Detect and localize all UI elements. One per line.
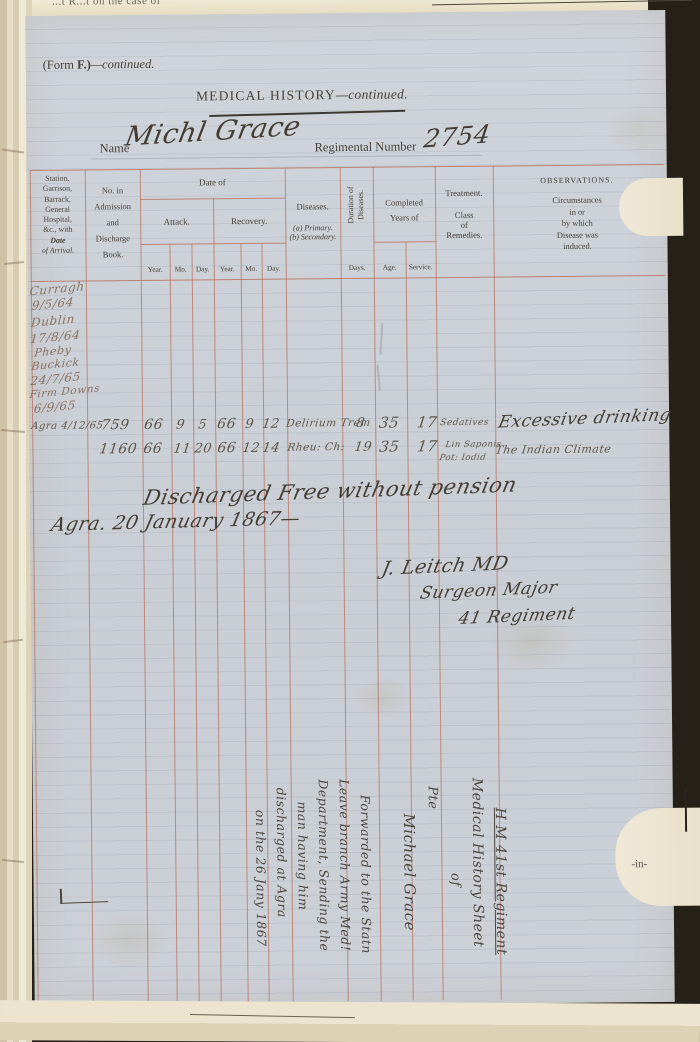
page-title-main: MEDICAL HISTORY (196, 87, 336, 103)
duration-column-header: Duration of Diseases. (346, 170, 367, 240)
row2-attack-mo: 11 (172, 442, 192, 457)
row2-no: 1160 (98, 441, 138, 457)
page-title-continued: —continued. (336, 86, 408, 102)
row2-disease: Rheu: Ch: (287, 441, 346, 454)
column-rule (169, 244, 177, 1003)
station-entry: Dublin (30, 312, 75, 330)
docket-line: on the 26 Jany 1867 (250, 780, 273, 1030)
date-of-header: Date of (140, 177, 285, 188)
underlying-rule-line (432, 0, 692, 5)
year-subheader: Year. (214, 264, 241, 273)
docket-line: Pte (420, 768, 444, 1018)
hdr-line: induced. (493, 240, 661, 253)
name-value-handwriting: Michl Grace (123, 111, 304, 153)
hdr-line: Diseases. (356, 170, 367, 240)
treatment-column-header: Treatment. Class of Remedies. (435, 188, 493, 241)
form-letter: F.) (77, 57, 91, 71)
underlying-printed-fragment: ...t R...t on the case of (52, 0, 161, 8)
scanned-document: { "surround": { "top_fragment": "...t R.… (0, 0, 700, 1042)
discharge-note-line1: Discharged Free without pension (141, 473, 519, 510)
stack-edge-break (2, 859, 24, 863)
stack-edge-break (4, 261, 24, 265)
stack-edge-break (1, 429, 25, 433)
row2-attack-year: 66 (142, 441, 163, 457)
docket-line: Forwarded to the Statn (355, 779, 378, 1029)
row2-attack-day: 20 (193, 441, 213, 456)
recovery-header: Recovery. (213, 216, 285, 227)
mo-subheader: Mo. (241, 264, 262, 273)
row2-treatment-line1: Lin Saponis (445, 440, 502, 451)
hdr-line: Class (435, 210, 493, 221)
row2-recovery-day: 14 (261, 441, 281, 456)
form-number-line: (Form F.)—continued. (43, 57, 155, 73)
row2-treatment-line2: Pot: Iodid (439, 453, 487, 463)
docket-line: Medical History Sheet (464, 768, 489, 1018)
hdr-line: Completed (373, 195, 435, 211)
column-rule (240, 243, 248, 1002)
docket-line: discharged at Agra (271, 780, 294, 1030)
service-subheader: Service. (406, 262, 436, 271)
docket-forwarding-note: Forwarded to the Statn Leave branch Army… (250, 779, 378, 1030)
column-rule (191, 244, 199, 1003)
hdr-line: of (435, 220, 493, 231)
form-continued: —continued. (91, 57, 155, 72)
hdr-line: Admission (85, 198, 140, 215)
page-title: MEDICAL HISTORY—continued. (196, 86, 408, 104)
admission-column-header: No. in Admission and Discharge Book. (85, 182, 141, 263)
hdr-line: Remedies. (435, 230, 493, 241)
column-rule (213, 198, 222, 1002)
days-subheader: Days. (341, 263, 374, 272)
row1-observation: Excessive drinking (496, 405, 673, 433)
completed-years-header: Completed Years of (373, 195, 435, 226)
hdr-line: Years of (373, 210, 435, 226)
row1-station: Agra 4/12/65 (30, 420, 104, 432)
hdr-line: Date (30, 235, 85, 246)
row2-recovery-year: 66 (216, 440, 237, 456)
hdr-line: Hospital, (30, 215, 85, 226)
hdr-line: Garrison, (30, 184, 85, 195)
station-entry: 6/9/65 (33, 398, 76, 416)
ink-bleed-mark (376, 365, 381, 391)
hdr-line: General (30, 204, 85, 215)
hdr-line: No. in (85, 182, 140, 199)
mo-subheader: Mo. (170, 265, 192, 274)
age-subheader: Age. (374, 262, 406, 271)
year-subheader: Year. (141, 265, 170, 274)
row1-attack-mo: 9 (175, 418, 186, 433)
regimental-number-label: Regimental Number (314, 139, 416, 155)
bottom-edge-line (190, 1014, 355, 1018)
row1-no: 759 (100, 417, 130, 433)
hdr-line: of Arrival. (30, 246, 85, 257)
day-subheader: Day. (262, 264, 286, 273)
hdr-line: Station, (30, 174, 85, 185)
form-label: (Form (43, 58, 74, 72)
row1-attack-year: 66 (143, 417, 164, 433)
underlying-page-bottom-edge (0, 1000, 700, 1042)
hdr-line: Discharge (85, 230, 140, 247)
docket-line: Michael Grace (396, 768, 422, 1018)
form-page: (Form F.)—continued. MEDICAL HISTORY—con… (25, 10, 674, 1008)
row2-observation: The Indian Climate (495, 442, 613, 456)
thumb-cutout-bottom (615, 808, 700, 907)
row2-age: 35 (378, 438, 400, 456)
underlying-page-edge-line (685, 788, 687, 832)
hdr-line: &c., with (30, 225, 85, 236)
thumb-cutout-top (619, 178, 684, 237)
name-baseline (92, 155, 482, 160)
signature-regiment: 41 Regiment (457, 604, 578, 629)
column-rule (140, 169, 149, 1003)
attack-header: Attack. (140, 216, 213, 227)
hdr-line: Book. (85, 246, 140, 263)
station-entry: 9/5/64 (31, 295, 74, 313)
docket-line: man having him (292, 779, 315, 1029)
row1-recovery-year: 66 (216, 416, 237, 432)
header-bottom-rule (31, 275, 665, 282)
hdr-line: Treatment. (435, 188, 493, 199)
row1-recovery-mo: 9 (244, 417, 255, 432)
day-subheader: Day. (192, 264, 214, 273)
row2-recovery-mo: 12 (241, 441, 261, 456)
signature-name: J. Leitch MD (380, 552, 511, 580)
diseases-column-header: Diseases. (a) Primary. (b) Secondary. (285, 201, 340, 242)
corner-fold-marks (60, 887, 108, 904)
docket-line: of (442, 768, 466, 1018)
docket-line: Leave branch Army Med! (334, 779, 357, 1029)
station-column-header: Station, Garrison, Barrack, General Hosp… (30, 174, 86, 257)
docket-title-block: H M 41st Regiment Medical History Sheet … (394, 767, 512, 1018)
row1-service: 17 (416, 413, 438, 431)
docket-line: Department, Sending the (313, 779, 336, 1029)
hdr-line: (b) Secondary. (285, 232, 340, 242)
regimental-number-value: 2754 (422, 119, 492, 153)
column-rule (85, 170, 94, 1004)
hdr-line: Diseases. (285, 201, 340, 212)
row1-age: 35 (378, 414, 400, 432)
row2-days: 19 (353, 440, 373, 455)
underlying-printed-in-fragment: -in- (631, 858, 647, 870)
hdr-line: Barrack, (30, 194, 85, 205)
station-entry: 17/8/64 (30, 327, 81, 346)
docket-line: H M 41st Regiment (487, 767, 512, 1017)
stack-edge-break (3, 639, 23, 643)
row1-attack-day: 5 (197, 417, 208, 432)
row1-recovery-day: 12 (261, 417, 281, 432)
hdr-line: Duration of (346, 170, 357, 240)
ink-bleed-mark (379, 323, 383, 355)
stack-edge-break (2, 148, 24, 153)
row1-treatment: Sedatives (440, 418, 490, 428)
hdr-line: and (85, 214, 140, 231)
row2-service: 17 (416, 437, 438, 455)
